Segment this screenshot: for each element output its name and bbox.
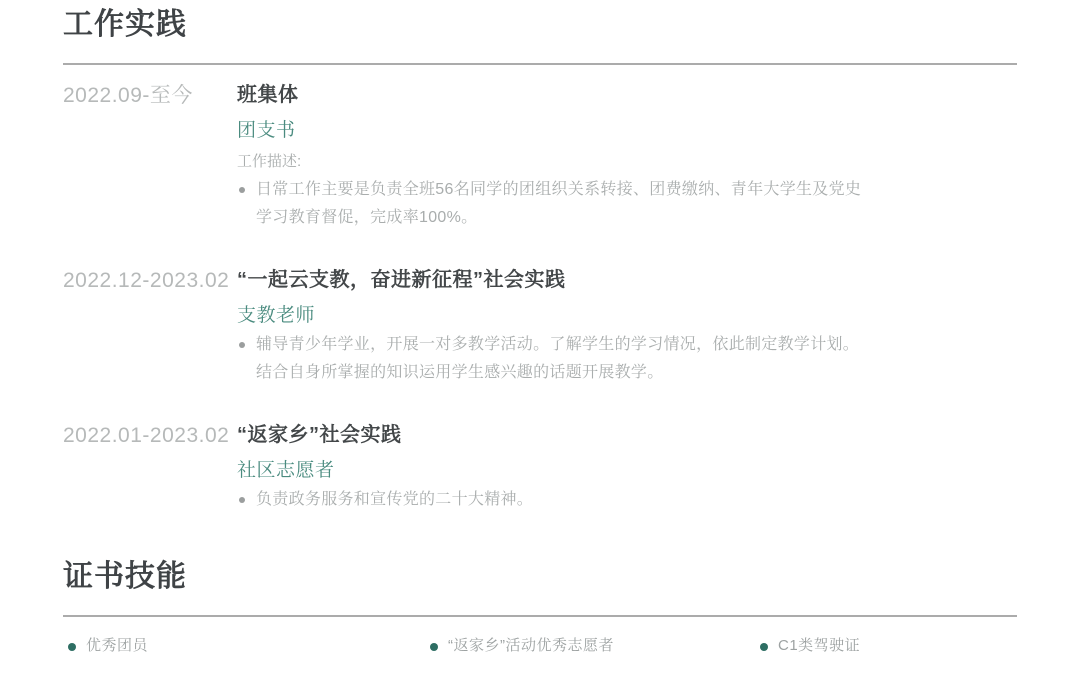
bullet-dot-icon bbox=[239, 497, 245, 503]
entry-2-role: 支教老师 bbox=[237, 304, 1017, 328]
entry-3-bullet: 负责政务服务和宣传党的二十大精神。 bbox=[237, 486, 862, 514]
skills-section-divider bbox=[63, 615, 1017, 617]
skill-item-3: C1类驾驶证 bbox=[755, 634, 1017, 655]
entry-3-body: “返家乡”社会实践 社区志愿者 负责政务服务和宣传党的二十大精神。 bbox=[237, 423, 1017, 514]
work-section-title: 工作实践 bbox=[63, 8, 1017, 42]
skill-2-label: “返家乡”活动优秀志愿者 bbox=[448, 634, 614, 655]
resume-page: 工作实践 2022.09-至今 班集体 团支书 工作描述: 日常工作主要是负责全… bbox=[0, 0, 1080, 655]
entry-3-date: 2022.01-2023.02 bbox=[63, 423, 237, 514]
entry-1-bullet: 日常工作主要是负责全班56名同学的团组织关系转接、团费缴纳、青年大学生及党史学习… bbox=[237, 176, 862, 232]
entry-1-date: 2022.09-至今 bbox=[63, 83, 237, 232]
entry-2-date: 2022.12-2023.02 bbox=[63, 268, 237, 387]
entry-1-role: 团支书 bbox=[237, 119, 1017, 143]
entry-2-organization: “一起云支教，奋进新征程”社会实践 bbox=[237, 268, 1017, 293]
skills-list: 优秀团员 “返家乡”活动优秀志愿者 C1类驾驶证 bbox=[63, 634, 1017, 655]
entry-1-bullet-text: 日常工作主要是负责全班56名同学的团组织关系转接、团费缴纳、青年大学生及党史学习… bbox=[256, 176, 862, 232]
work-section-divider bbox=[63, 63, 1017, 65]
entry-1-organization: 班集体 bbox=[237, 83, 1017, 108]
skill-dot-icon bbox=[68, 643, 76, 651]
bullet-dot-icon bbox=[239, 187, 245, 193]
entry-3-organization: “返家乡”社会实践 bbox=[237, 423, 1017, 448]
work-entries: 2022.09-至今 班集体 团支书 工作描述: 日常工作主要是负责全班56名同… bbox=[63, 83, 1017, 514]
skills-section-title: 证书技能 bbox=[63, 560, 1017, 594]
bullet-dot-icon bbox=[239, 342, 245, 348]
work-entry-3: 2022.01-2023.02 “返家乡”社会实践 社区志愿者 负责政务服务和宣… bbox=[63, 423, 1017, 514]
work-practice-section: 工作实践 2022.09-至今 班集体 团支书 工作描述: 日常工作主要是负责全… bbox=[63, 8, 1017, 514]
entry-3-bullet-text: 负责政务服务和宣传党的二十大精神。 bbox=[256, 486, 533, 514]
work-entry-2: 2022.12-2023.02 “一起云支教，奋进新征程”社会实践 支教老师 辅… bbox=[63, 268, 1017, 387]
skill-dot-icon bbox=[430, 643, 438, 651]
entry-3-role: 社区志愿者 bbox=[237, 459, 1017, 483]
entry-2-body: “一起云支教，奋进新征程”社会实践 支教老师 辅导青少年学业，开展一对多教学活动… bbox=[237, 268, 1017, 387]
skill-3-label: C1类驾驶证 bbox=[778, 634, 860, 655]
skill-1-label: 优秀团员 bbox=[86, 634, 148, 655]
entry-2-bullet: 辅导青少年学业，开展一对多教学活动。了解学生的学习情况，依此制定教学计划。结合自… bbox=[237, 331, 862, 387]
entry-2-bullet-text: 辅导青少年学业，开展一对多教学活动。了解学生的学习情况，依此制定教学计划。结合自… bbox=[256, 331, 862, 387]
skill-item-2: “返家乡”活动优秀志愿者 bbox=[425, 634, 755, 655]
skill-dot-icon bbox=[760, 643, 768, 651]
skill-item-1: 优秀团员 bbox=[63, 634, 425, 655]
work-entry-1: 2022.09-至今 班集体 团支书 工作描述: 日常工作主要是负责全班56名同… bbox=[63, 83, 1017, 232]
entry-1-description-label: 工作描述: bbox=[237, 151, 1017, 173]
entry-1-body: 班集体 团支书 工作描述: 日常工作主要是负责全班56名同学的团组织关系转接、团… bbox=[237, 83, 1017, 232]
certificates-skills-section: 证书技能 优秀团员 “返家乡”活动优秀志愿者 C1类驾驶证 bbox=[63, 560, 1017, 655]
